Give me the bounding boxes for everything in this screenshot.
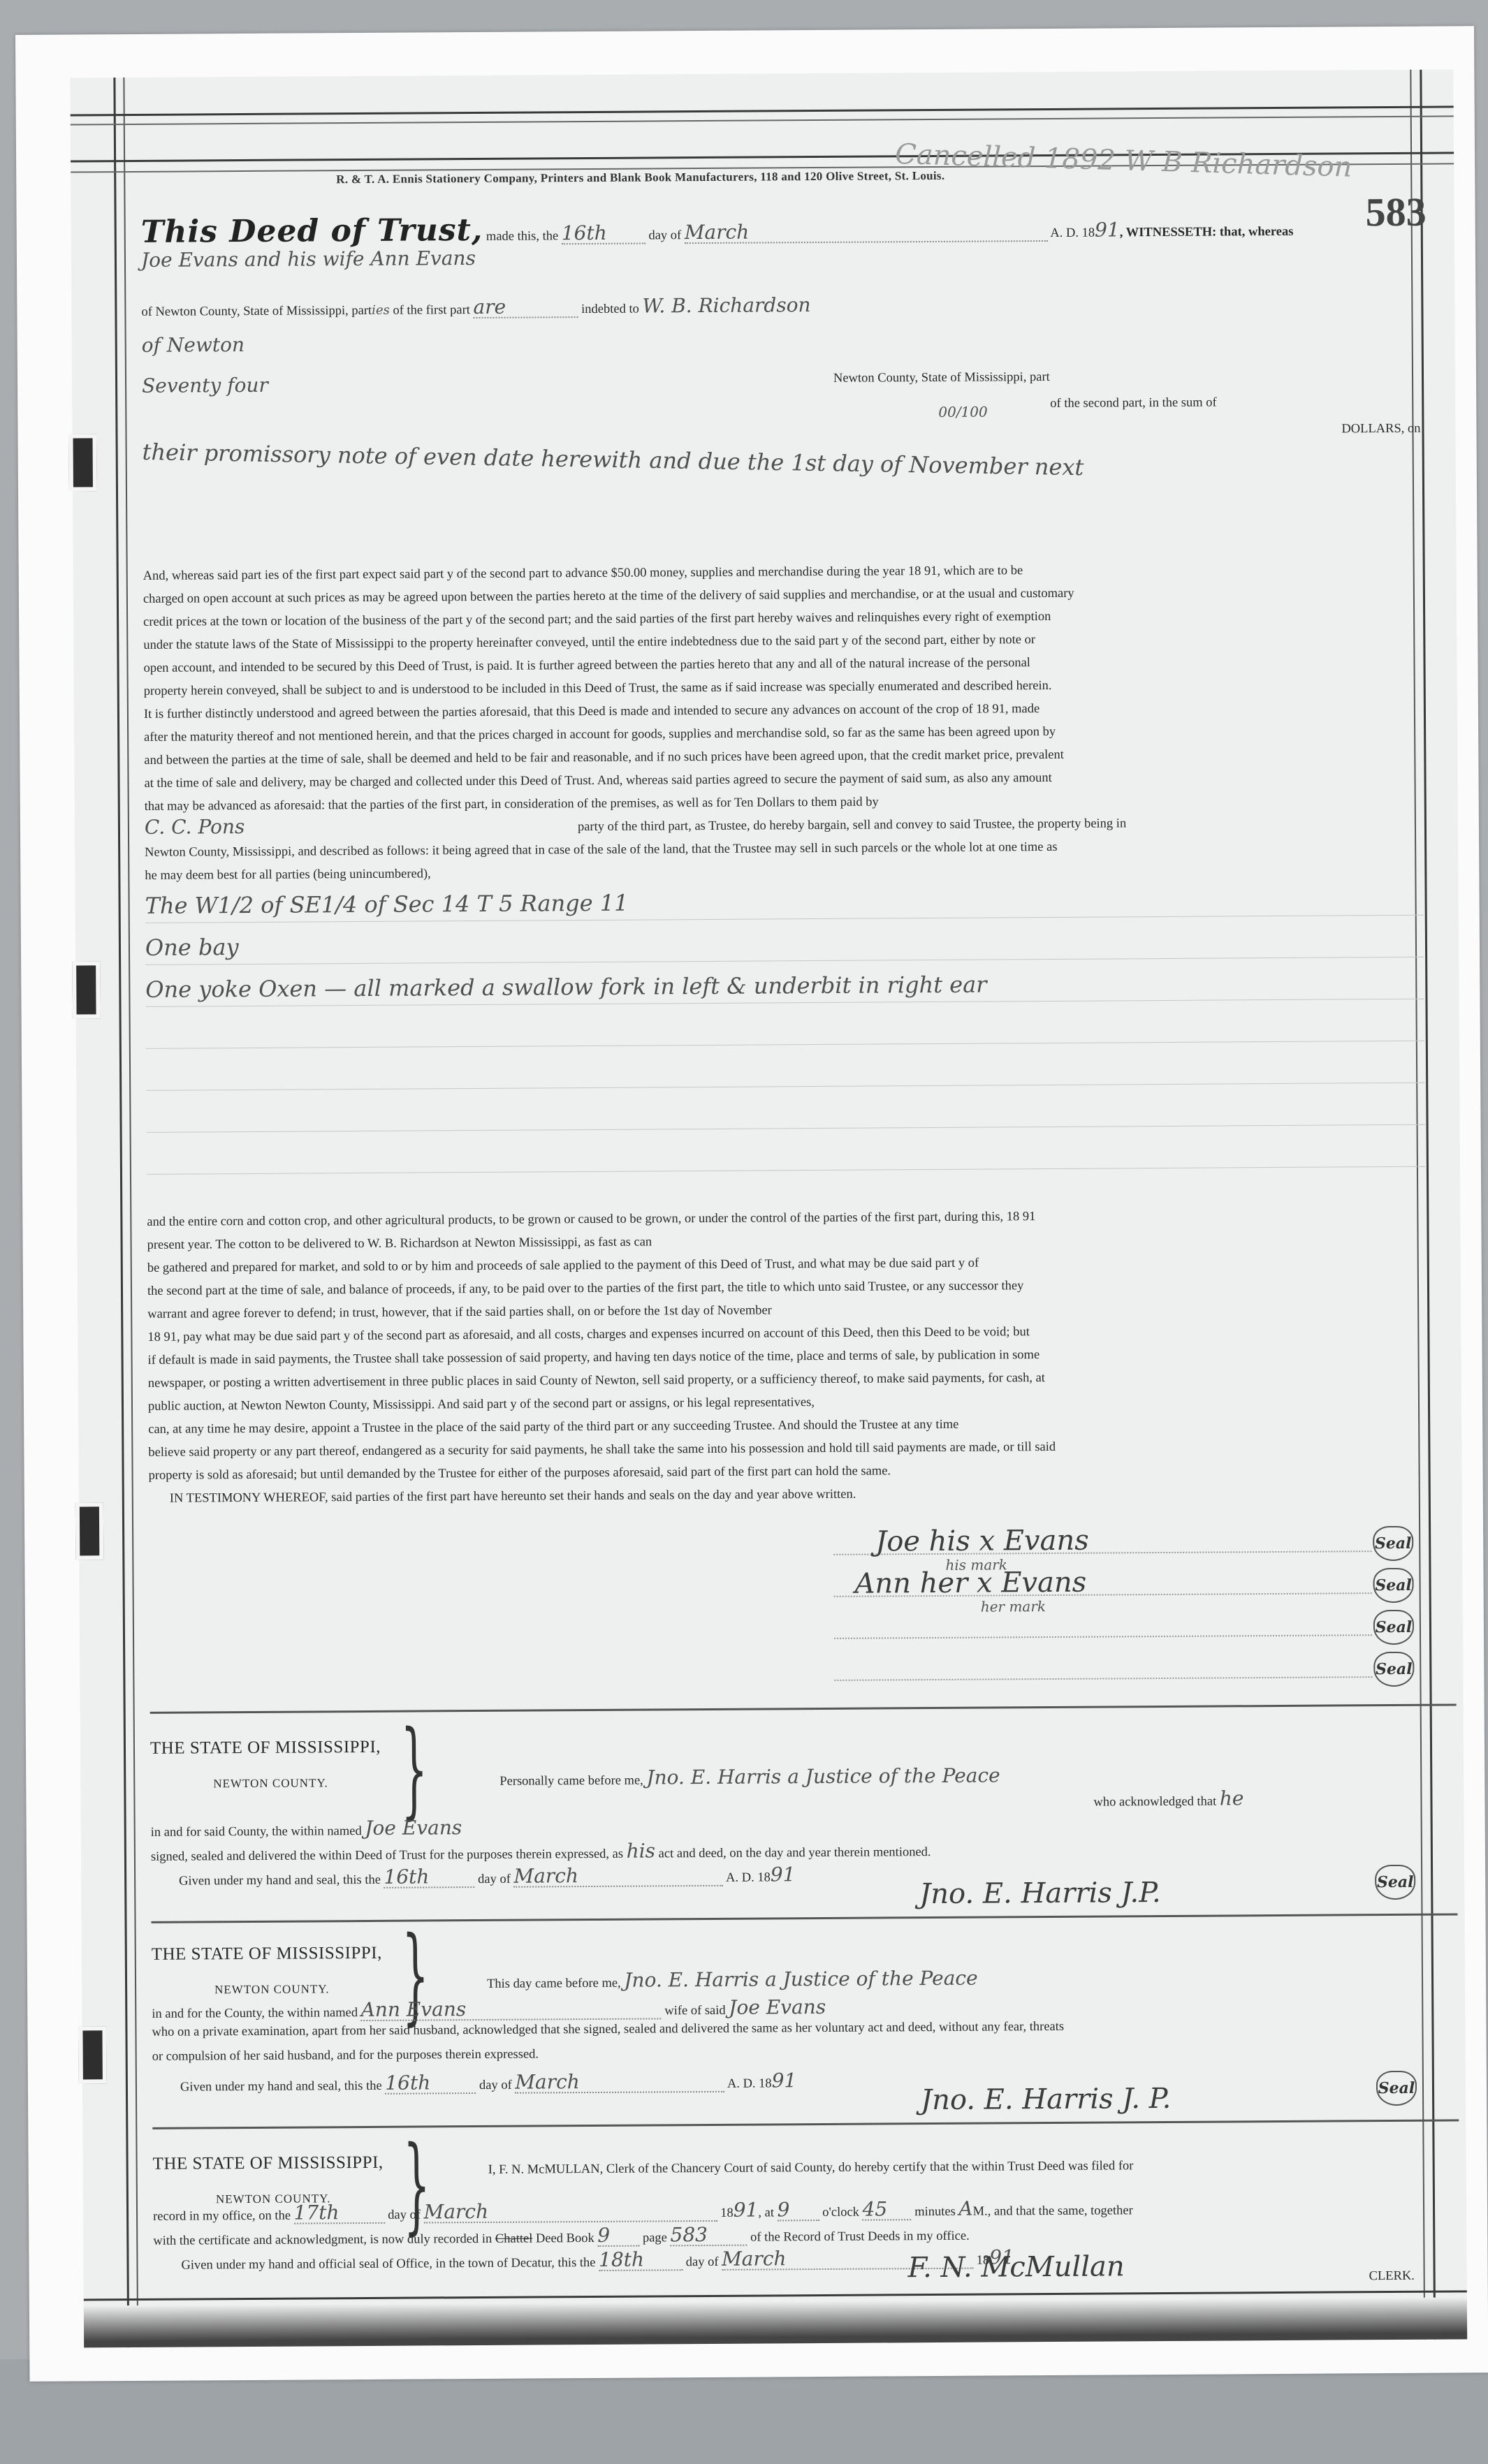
signature-line bbox=[834, 1634, 1372, 1640]
label: page bbox=[643, 2231, 667, 2245]
state-heading: THE STATE OF MISSISSIPPI, bbox=[152, 1938, 1430, 1963]
ack1-line-4: signed, sealed and delivered the within … bbox=[151, 1837, 1429, 1864]
crop-line: public auction, at Newton Newton County,… bbox=[148, 1393, 1427, 1414]
grantors-field: Joe Evans and his wife Ann Evans bbox=[141, 243, 1420, 270]
label: with the certificate and acknowledgment,… bbox=[153, 2232, 492, 2248]
seal-icon: Seal bbox=[1373, 1610, 1414, 1645]
crop-line: can, at any time he may desire, appoint … bbox=[148, 1416, 1427, 1437]
body-line: charged on open account at such prices a… bbox=[143, 585, 1422, 606]
body-line: And, whereas said part ies of the first … bbox=[143, 562, 1422, 583]
husband-field: Joe Evans bbox=[729, 1995, 826, 2019]
ruled-line bbox=[146, 1083, 1424, 1091]
month-field: March bbox=[685, 221, 1048, 244]
signature-line bbox=[834, 1676, 1372, 1682]
crop-line: if default is made in said payments, the… bbox=[148, 1347, 1427, 1367]
year-field: 91 bbox=[1095, 218, 1120, 241]
opening-line-5: DOLLARS, on bbox=[142, 423, 1420, 430]
label: Given under my hand and seal, this the bbox=[179, 1873, 381, 1889]
named-field: Joe Evans bbox=[365, 1816, 462, 1840]
label: M., and that the same, together bbox=[973, 2203, 1133, 2218]
opening-line-2: of Newton County, State of Mississippi, … bbox=[141, 292, 1420, 321]
crop-line: warrant and agree forever to defend; in … bbox=[147, 1300, 1426, 1321]
body-line: after the maturity thereof and not menti… bbox=[144, 724, 1422, 745]
label: in and for said County, the within named bbox=[151, 1824, 362, 1840]
label: record in my office, on the bbox=[153, 2209, 291, 2224]
ack2-line-4: or compulsion of her said husband, and f… bbox=[152, 2043, 1431, 2064]
hour-field: 9 bbox=[778, 2200, 819, 2221]
label: of the Record of Trust Deeds in my offic… bbox=[750, 2229, 970, 2245]
crop-line: the second part at the time of sale, and… bbox=[147, 1277, 1426, 1298]
sum-fraction: 00/100 bbox=[938, 405, 987, 419]
seal-icon: Seal bbox=[1373, 1526, 1413, 1561]
recorded-day-field: 18th bbox=[599, 2250, 683, 2271]
label: indebted to bbox=[581, 302, 639, 317]
body-line: at the time of sale and delivery, may be… bbox=[144, 770, 1422, 791]
pencil-annotation: Cancelled 1892 W B Richardson bbox=[895, 138, 1352, 184]
binding-tab bbox=[68, 434, 97, 491]
brace-icon: } bbox=[400, 1717, 428, 1821]
crop-line: newspaper, or posting a written advertis… bbox=[148, 1370, 1427, 1391]
signature-joe-evans: Joe his x Evans bbox=[875, 1525, 1089, 1558]
crop-line: 18 91, pay what may be due said part y o… bbox=[147, 1323, 1426, 1344]
ruled-line bbox=[147, 1166, 1425, 1175]
label: Newton County, State of Mississippi, par… bbox=[833, 371, 1050, 385]
party-suffix: ies bbox=[372, 303, 390, 318]
label: of the second part, in the sum of bbox=[1050, 396, 1217, 411]
binding-tab bbox=[72, 961, 101, 1018]
witnesseth-label: , WITNESSETH: that, whereas bbox=[1120, 225, 1294, 240]
crop-line: be gathered and prepared for market, and… bbox=[147, 1254, 1426, 1275]
scanned-paper: R. & T. A. Ennis Stationery Company, Pri… bbox=[15, 26, 1488, 2382]
creditor-field: W. B. Richardson bbox=[642, 293, 810, 317]
day-field: 16th bbox=[384, 1867, 474, 1889]
property-description-line: One yoke Oxen — all marked a swallow for… bbox=[145, 971, 1424, 1001]
label: of the first part bbox=[393, 303, 470, 318]
ruled-line bbox=[145, 957, 1424, 965]
ack1-line-2: who acknowledged that he bbox=[1093, 1788, 1429, 1810]
label: o'clock bbox=[822, 2206, 859, 2220]
seal-icon: Seal bbox=[1376, 2071, 1417, 2106]
crop-line: present year. The cotton to be delivered… bbox=[147, 1231, 1426, 1252]
seal-icon: Seal bbox=[1373, 1652, 1414, 1687]
ack1-line-5: Given under my hand and seal, this the 1… bbox=[179, 1861, 1429, 1890]
label: A. D. 18 bbox=[727, 2076, 772, 2090]
label: This day came before me, bbox=[487, 1977, 621, 1991]
ack1-line-3: in and for said County, the within named… bbox=[151, 1812, 1429, 1840]
clerk-label: CLERK. bbox=[1369, 2270, 1432, 2283]
crop-line: and the entire corn and cotton crop, and… bbox=[147, 1208, 1425, 1229]
property-description-line: The W1/2 of SE1/4 of Sec 14 T 5 Range 11 bbox=[145, 887, 1424, 917]
header-rule-top bbox=[71, 105, 1454, 116]
justice-signature: Jno. E. Harris J. P. bbox=[921, 2083, 1171, 2116]
crop-line: property is sold as aforesaid; but until… bbox=[149, 1462, 1427, 1483]
signature-ann-evans: Ann her x Evans bbox=[854, 1567, 1086, 1600]
label: Given under my hand and seal, this the bbox=[180, 2079, 382, 2095]
label: in and for the County, the within named bbox=[152, 2006, 358, 2021]
clerk-line-4: Given under my hand and official seal of… bbox=[181, 2245, 1431, 2274]
year-field: 91 bbox=[771, 1863, 796, 1886]
filed-month-field: March bbox=[424, 2201, 717, 2224]
opening-line-3: Seventy four Newton County, State of Mis… bbox=[142, 369, 1420, 396]
justice-signature: Jno. E. Harris J.P. bbox=[919, 1877, 1161, 1910]
ruled-line bbox=[147, 1124, 1425, 1133]
opening-line-4: of the second part, in the sum of 00/100 bbox=[142, 395, 1420, 403]
left-margin-rule bbox=[113, 78, 129, 2347]
body-line: under the statute laws of the State of M… bbox=[143, 631, 1422, 652]
state-heading: THE STATE OF MISSISSIPPI, bbox=[150, 1732, 1429, 1757]
label: day of bbox=[479, 2078, 512, 2092]
label: , at bbox=[758, 2206, 774, 2220]
ruled-line bbox=[146, 1041, 1424, 1049]
filed-year-field: 91 bbox=[734, 2199, 759, 2222]
page-field: 583 bbox=[670, 2225, 747, 2247]
section-divider bbox=[152, 1913, 1458, 1923]
ack2-line-2: in and for the County, the within named … bbox=[152, 1994, 1430, 2023]
section-divider bbox=[152, 2119, 1459, 2129]
year-field: 91 bbox=[772, 2069, 797, 2092]
label: A. D. 18 bbox=[726, 1870, 771, 1884]
label: of Newton County, State of Mississippi, … bbox=[141, 304, 372, 319]
label: Deed Book bbox=[536, 2231, 595, 2246]
body-line: open account, and intended to be secured… bbox=[143, 654, 1422, 675]
officer-field: Jno. E. Harris a Justice of the Peace bbox=[624, 1967, 978, 1992]
label: made this, the bbox=[486, 229, 558, 244]
label: Given under my hand and official seal of… bbox=[181, 2256, 595, 2273]
day-field: 16th bbox=[385, 2073, 476, 2095]
ack2-line-5: Given under my hand and seal, this the 1… bbox=[180, 2067, 1431, 2096]
label: day of bbox=[388, 2208, 421, 2222]
label: Personally came before me, bbox=[499, 1774, 643, 1789]
opening-line-1: This Deed of Trust, made this, the 16th … bbox=[141, 210, 1420, 248]
minutes-field: 45 bbox=[862, 2199, 911, 2220]
body-line: that may be advanced as aforesaid: that … bbox=[145, 793, 1423, 814]
label: who acknowledged that bbox=[1093, 1795, 1216, 1810]
label: minutes bbox=[914, 2205, 956, 2219]
property-description-line: One bay bbox=[145, 929, 1424, 959]
seal-icon: Seal bbox=[1373, 1568, 1413, 1603]
page-bottom-shadow bbox=[84, 2297, 1467, 2347]
his-field: his bbox=[627, 1839, 656, 1862]
binding-tab bbox=[75, 1502, 104, 1560]
month-field: March bbox=[513, 1865, 723, 1888]
clerk-line-3: with the certificate and acknowledgment,… bbox=[153, 2221, 1431, 2250]
testimony-line: IN TESTIMONY WHEREOF, said parties of th… bbox=[170, 1485, 1427, 1505]
second-part-label: of the second part, in the sum of bbox=[1050, 397, 1216, 411]
label: day of bbox=[648, 228, 681, 242]
month-field: March bbox=[515, 2071, 724, 2094]
filed-day-field: 17th bbox=[294, 2203, 385, 2224]
body-line: Newton County, Mississippi, and describe… bbox=[145, 839, 1423, 860]
label: A. D. 18 bbox=[1050, 226, 1095, 240]
section-divider bbox=[150, 1703, 1457, 1713]
body-line: he may deem best for all parties (being … bbox=[145, 862, 1423, 883]
label: day of bbox=[686, 2255, 719, 2269]
deed-page: R. & T. A. Ennis Stationery Company, Pri… bbox=[70, 69, 1467, 2347]
ack1-line-1: Personally came before me, Jno. E. Harri… bbox=[499, 1763, 1429, 1789]
day-field: 16th bbox=[562, 223, 645, 244]
pronoun-field: he bbox=[1220, 1787, 1244, 1810]
book-field: 9 bbox=[597, 2226, 639, 2247]
binding-tab bbox=[78, 2026, 107, 2083]
label: 18 bbox=[720, 2206, 734, 2220]
are-field: are bbox=[473, 297, 578, 318]
label: signed, sealed and delivered the within … bbox=[151, 1847, 623, 1864]
meridiem-field: A bbox=[958, 2197, 972, 2220]
printer-imprint: R. & T. A. Ennis Stationery Company, Pri… bbox=[336, 169, 944, 186]
label: wife of said bbox=[664, 2004, 725, 2018]
struck-word: Chattel bbox=[495, 2232, 533, 2246]
creditor-town-field: of Newton bbox=[142, 328, 1420, 355]
body-line: and between the parties at the time of s… bbox=[144, 747, 1422, 768]
note-terms-field: their promissory note of even date herew… bbox=[142, 441, 1420, 484]
label: act and deed, on the day and year therei… bbox=[659, 1845, 931, 1861]
named-field: Ann Evans bbox=[361, 1998, 662, 2021]
body-line: credit prices at the town or location of… bbox=[143, 608, 1422, 629]
dollars-label: DOLLARS, on bbox=[1341, 423, 1420, 436]
deed-title: This Deed of Trust, bbox=[141, 212, 483, 250]
label: day of bbox=[478, 1872, 511, 1886]
header-rule-top-inner bbox=[71, 115, 1454, 125]
body-line: property herein conveyed, shall be subje… bbox=[144, 677, 1422, 698]
sum-words-field: Seventy four bbox=[142, 374, 268, 397]
crop-line: believe said property or any part thereo… bbox=[148, 1439, 1427, 1460]
clerk-signature: F. N. McMullan bbox=[907, 2250, 1124, 2284]
deed-content: This Deed of Trust, made this, the 16th … bbox=[140, 70, 1418, 78]
body-line: It is further distinctly understood and … bbox=[144, 701, 1422, 721]
seal-icon: Seal bbox=[1375, 1865, 1415, 1900]
officer-field: Jno. E. Harris a Justice of the Peace bbox=[646, 1763, 1000, 1789]
mark-note: her mark bbox=[981, 1598, 1046, 1615]
